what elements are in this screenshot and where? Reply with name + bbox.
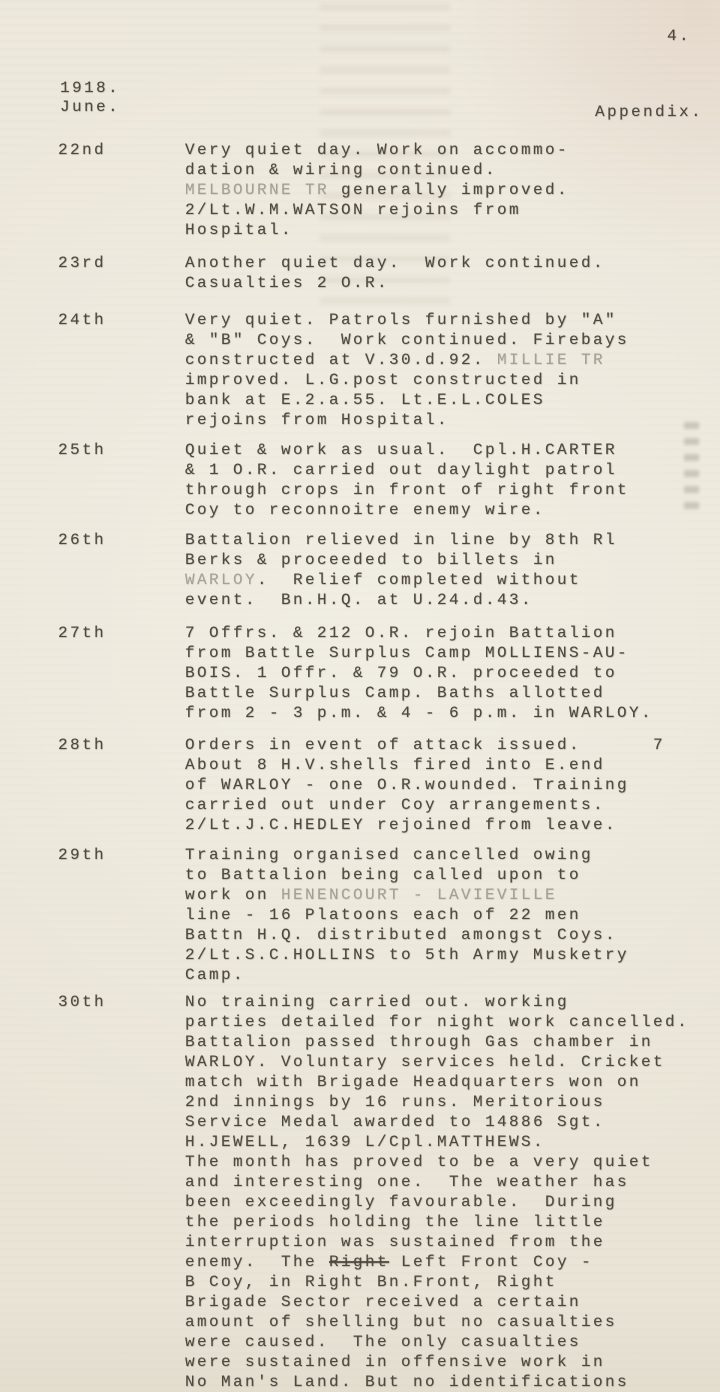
entry-line: work on HENENCOURT - LAVIEVILLE	[185, 885, 720, 905]
entry-line: WARLOY. Voluntary services held. Cricket	[185, 1052, 720, 1072]
war-diary-page: 4. 1918. June. Appendix. 22ndVery quiet …	[0, 0, 720, 1392]
entry-line: & "B" Coys. Work continued. Firebays	[185, 330, 720, 350]
entry-date: 26th	[58, 530, 185, 550]
entry-line: No Man's Land. But no identifications	[185, 1372, 720, 1392]
diary-entries: 22ndVery quiet day. Work on accommo-dati…	[58, 140, 720, 1392]
entry-line: Casualties 2 O.R.	[185, 273, 720, 293]
page-number: 4.	[667, 26, 691, 46]
entry-line: been exceedingly favourable. During	[185, 1192, 720, 1212]
entry-line: About 8 H.V.shells fired into E.end	[185, 755, 720, 775]
entry-line: & 1 O.R. carried out daylight patrol	[185, 460, 720, 480]
entry-line: Battn H.Q. distributed amongst Coys.	[185, 925, 720, 945]
entry-line: Coy to reconnoitre enemy wire.	[185, 500, 720, 520]
entry-line: Camp.	[185, 965, 720, 985]
faded-word: WARLOY	[185, 571, 257, 589]
entry-line: Hospital.	[185, 220, 720, 240]
faded-word: MILLIE TR	[497, 351, 605, 369]
entry-date: 25th	[58, 440, 185, 460]
entry-line: Quiet & work as usual. Cpl.H.CARTER	[185, 440, 720, 460]
appendix-label: Appendix.	[595, 102, 703, 122]
entry-line: event. Bn.H.Q. at U.24.d.43.	[185, 590, 720, 610]
entry-line: 2/Lt.J.C.HEDLEY rejoined from leave.	[185, 815, 720, 835]
entry-date: 24th	[58, 310, 185, 330]
entry-line: improved. L.G.post constructed in	[185, 370, 720, 390]
entry-line: 2nd innings by 16 runs. Meritorious	[185, 1092, 720, 1112]
entry-line: Another quiet day. Work continued.	[185, 253, 720, 273]
struck-word: Right	[329, 1253, 389, 1271]
diary-entry: 23rdAnother quiet day. Work continued.Ca…	[58, 253, 720, 293]
entry-line: were caused. The only casualties	[185, 1332, 720, 1352]
entry-line: line - 16 Platoons each of 22 men	[185, 905, 720, 925]
entry-line: enemy. The Right Left Front Coy -	[185, 1252, 720, 1272]
entry-line: rejoins from Hospital.	[185, 410, 720, 430]
entry-line: through crops in front of right front	[185, 480, 720, 500]
entry-line: carried out under Coy arrangements.	[185, 795, 720, 815]
diary-entry: 30thNo training carried out. workingpart…	[58, 992, 720, 1392]
entry-line: parties detailed for night work cancelle…	[185, 1012, 720, 1032]
entry-line: Training organised cancelled owing	[185, 845, 720, 865]
entry-date: 30th	[58, 992, 185, 1012]
entry-line: amount of shelling but no casualties	[185, 1312, 720, 1332]
entry-line: BOIS. 1 Offr. & 79 O.R. proceeded to	[185, 663, 720, 683]
entry-date: 28th	[58, 735, 185, 755]
entry-text: Orders in event of attack issued.About 8…	[185, 735, 720, 835]
entry-text: Training organised cancelled owingto Bat…	[185, 845, 720, 985]
faded-word: MELBOURNE TR	[185, 181, 329, 199]
entry-line: to Battalion being called upon to	[185, 865, 720, 885]
entry-line: constructed at V.30.d.92. MILLIE TR	[185, 350, 720, 370]
entry-line: The month has proved to be a very quiet	[185, 1152, 720, 1172]
entry-date: 27th	[58, 623, 185, 643]
entry-line: H.JEWELL, 1639 L/Cpl.MATTHEWS.	[185, 1132, 720, 1152]
entry-line: of WARLOY - one O.R.wounded. Training	[185, 775, 720, 795]
entry-line: WARLOY. Relief completed without	[185, 570, 720, 590]
entry-margin-note: 7	[653, 735, 665, 755]
diary-entry: 22ndVery quiet day. Work on accommo-dati…	[58, 140, 720, 240]
entry-line: Orders in event of attack issued.	[185, 735, 720, 755]
entry-text: Another quiet day. Work continued.Casual…	[185, 253, 720, 293]
entry-date: 23rd	[58, 253, 185, 273]
entry-date: 22nd	[58, 140, 185, 160]
faded-word: HENENCOURT - LAVIEVILLE	[281, 886, 557, 904]
diary-entry: 26thBattalion relieved in line by 8th Rl…	[58, 530, 720, 610]
entry-line: from Battle Surplus Camp MOLLIENS-AU-	[185, 643, 720, 663]
entry-line: Service Medal awarded to 14886 Sgt.	[185, 1112, 720, 1132]
diary-entry: 29thTraining organised cancelled owingto…	[58, 845, 720, 985]
entry-text: Very quiet day. Work on accommo-dation &…	[185, 140, 720, 240]
entry-text: Quiet & work as usual. Cpl.H.CARTER& 1 O…	[185, 440, 720, 520]
entry-line: bank at E.2.a.55. Lt.E.L.COLES	[185, 390, 720, 410]
entry-line: No training carried out. working	[185, 992, 720, 1012]
month-label: June.	[60, 98, 120, 117]
entry-line: were sustained in offensive work in	[185, 1352, 720, 1372]
diary-entry: 28thOrders in event of attack issued.Abo…	[58, 735, 720, 835]
entry-line: MELBOURNE TR generally improved.	[185, 180, 720, 200]
entry-line: Battalion passed through Gas chamber in	[185, 1032, 720, 1052]
entry-line: interruption was sustained from the	[185, 1232, 720, 1252]
entry-line: and interesting one. The weather has	[185, 1172, 720, 1192]
entry-line: Battalion relieved in line by 8th Rl	[185, 530, 720, 550]
date-heading: 1918. June.	[60, 79, 120, 117]
entry-line: match with Brigade Headquarters won on	[185, 1072, 720, 1092]
diary-entry: 24thVery quiet. Patrols furnished by "A"…	[58, 310, 720, 430]
entry-line: the periods holding the line little	[185, 1212, 720, 1232]
entry-line: Battle Surplus Camp. Baths allotted	[185, 683, 720, 703]
entry-line: Very quiet. Patrols furnished by "A"	[185, 310, 720, 330]
diary-entry: 27th7 Offrs. & 212 O.R. rejoin Battalion…	[58, 623, 720, 723]
entry-line: Very quiet day. Work on accommo-	[185, 140, 720, 160]
entry-line: 2/Lt.S.C.HOLLINS to 5th Army Musketry	[185, 945, 720, 965]
entry-line: 7 Offrs. & 212 O.R. rejoin Battalion	[185, 623, 720, 643]
entry-text: Very quiet. Patrols furnished by "A"& "B…	[185, 310, 720, 430]
entry-line: Berks & proceeded to billets in	[185, 550, 720, 570]
entry-date: 29th	[58, 845, 185, 865]
entry-line: B Coy, in Right Bn.Front, Right	[185, 1272, 720, 1292]
entry-line: 2/Lt.W.M.WATSON rejoins from	[185, 200, 720, 220]
entry-text: 7 Offrs. & 212 O.R. rejoin Battalionfrom…	[185, 623, 720, 723]
entry-line: Brigade Sector received a certain	[185, 1292, 720, 1312]
diary-entry: 25thQuiet & work as usual. Cpl.H.CARTER&…	[58, 440, 720, 520]
year-label: 1918.	[60, 79, 120, 98]
entry-line: from 2 - 3 p.m. & 4 - 6 p.m. in WARLOY.	[185, 703, 720, 723]
entry-text: No training carried out. workingparties …	[185, 992, 720, 1392]
entry-text: Battalion relieved in line by 8th RlBerk…	[185, 530, 720, 610]
entry-line: dation & wiring continued.	[185, 160, 720, 180]
